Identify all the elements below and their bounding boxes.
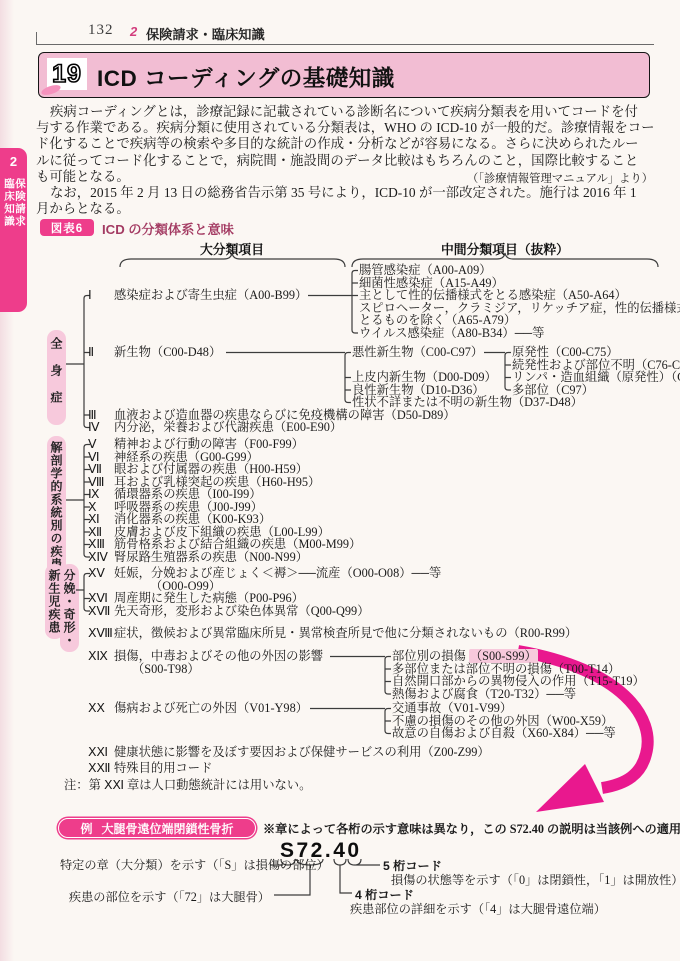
highlighted-code-range: （S00-S99） <box>469 649 538 663</box>
example-badge-text: 大腿骨遠位端閉鎖性骨折 <box>102 820 234 837</box>
major-item: ⅩⅩ傷病および死亡の外因（V01-Y98） <box>88 702 308 715</box>
roman-numeral: ⅩⅪ <box>88 746 114 759</box>
child-item: 熱傷および腐食（T20-T32）──等 <box>392 688 576 701</box>
major-label: 内分泌，栄養および代謝疾患（E00-E90） <box>114 420 342 434</box>
major-label: 腎尿路生殖器系の疾患（N00-N99） <box>114 550 308 564</box>
child-item: 悪性新生物（C00-C97） <box>352 346 483 359</box>
book-page: 132 2 保険請求・臨床知識 19 ICD コーディングの基礎知識 2 保険請… <box>0 0 680 961</box>
roman-numeral: ⅩⅫ <box>88 762 114 775</box>
major-label: 特殊目的用コード <box>114 761 212 775</box>
major-item: Ⅱ新生物（C00-D48） <box>88 346 221 359</box>
major-label: 症状，徴候および異常臨床所見・異常検査所見で他に分類されないもの（R00-R99… <box>114 626 577 640</box>
roman-numeral: Ⅳ <box>88 421 114 434</box>
major-item: ⅩⅤ妊娠，分娩および産じょく＜褥＞──流産（O00-O08）──等 <box>88 567 441 580</box>
roman-numeral: ⅩⅧ <box>88 627 114 640</box>
major-label: 感染症および寄生虫症（A00-B99） <box>114 288 307 302</box>
roman-numeral: ⅩⅨ <box>88 650 114 663</box>
example-badge-label: 例 <box>80 820 92 837</box>
text-layer: 疾病コーディングとは，診療記録に記載されている診断名について疾病分類表を用いてコ… <box>0 0 680 961</box>
intro-line: も可能となる。 <box>36 169 130 185</box>
intro-line: なお，2015 年 2 月 13 日の総務省告示第 35 号により，ICD-10… <box>50 185 637 201</box>
intro-line: ルに従ってコード化することで，病院間・施設間のデータ比較はもちろんのこと，国際比… <box>36 153 638 169</box>
roman-numeral: ⅩⅩ <box>88 702 114 715</box>
major-item: ⅩⅫ特殊目的用コード <box>88 762 212 775</box>
child-label: 部位別の損傷 <box>392 649 469 663</box>
roman-numeral: Ⅰ <box>88 289 114 302</box>
example-badge: 例 大腿骨遠位端閉鎖性骨折 <box>58 818 256 838</box>
roman-numeral: ⅩⅤ <box>88 567 114 580</box>
callout-chapter: 特定の章（大分類）を示す（「S」は損傷の部位） <box>60 856 270 873</box>
major-label: 健康状態に影響を及ぼす要因および保健サービスの利用（Z00-Z99） <box>114 745 490 759</box>
major-item: ⅩⅨ損傷，中毒およびその他の外因の影響 <box>88 650 323 663</box>
child-item: ウイルス感染症（A80-B34）──等 <box>359 327 544 340</box>
roman-numeral: Ⅱ <box>88 346 114 359</box>
child-item: 性状不詳または不明の新生物（D37-D48） <box>352 396 583 409</box>
roman-numeral: ⅩⅣ <box>88 551 114 564</box>
example-note: ※章によって各桁の示す意味は異なり，この S72.40 の説明は当該例への適用に… <box>263 820 680 837</box>
major-item: Ⅳ内分泌，栄養および代謝疾患（E00-E90） <box>88 421 342 434</box>
intro-line: 与する作業である。疾病分類に使用されている分類表は，WHO の ICD-10 が… <box>36 120 655 136</box>
callout-4digit-desc: 疾患部位の詳細を示す（「4」は大腿骨遠位端） <box>350 900 606 917</box>
major-label: 傷病および死亡の外因（V01-Y98） <box>114 701 308 715</box>
intro-line: 月からとなる。 <box>36 201 130 217</box>
major-item: ⅩⅪ健康状態に影響を及ぼす要因および保健サービスの利用（Z00-Z99） <box>88 746 490 759</box>
major-item-line2: （S00-T98） <box>132 663 200 676</box>
major-item: Ⅰ感染症および寄生虫症（A00-B99） <box>88 289 307 302</box>
callout-5digit-desc: 損傷の状態等を示す（「0」は閉鎖性，「1」は開放性） <box>391 871 680 888</box>
major-item: ⅩⅦ先天奇形，変形および染色体異常（Q00-Q99） <box>88 605 370 618</box>
major-item: ⅩⅧ症状，徴候および異常臨床所見・異常検査所見で他に分類されないもの（R00-R… <box>88 627 577 640</box>
major-item-line2: （O00-O99） <box>150 580 221 593</box>
child-item: 故意の自傷および自殺（X60-X84）──等 <box>392 727 616 740</box>
major-label: 先天奇形，変形および染色体異常（Q00-Q99） <box>114 604 370 618</box>
intro-line: ド化することで疾病等の検索や多目的な統計の作成・分析などが容易になる。さらに決め… <box>36 136 639 152</box>
roman-numeral: ⅩⅦ <box>88 605 114 618</box>
major-label: 妊娠，分娩および産じょく＜褥＞──流産（O00-O08）──等 <box>114 566 441 580</box>
child-item: 多部位（C97） <box>512 384 594 397</box>
figure-note: 注：第 ⅩⅪ 章は人口動態統計には用いない。 <box>64 779 311 792</box>
intro-line: 疾病コーディングとは，診療記録に記載されている診断名について疾病分類表を用いてコ… <box>50 104 638 120</box>
callout-site: 疾患の部位を示す（「72」は大腿骨） <box>60 888 270 905</box>
major-label: 損傷，中毒およびその他の外因の影響 <box>114 649 323 663</box>
major-item: ⅩⅣ腎尿路生殖器系の疾患（N00-N99） <box>88 551 308 564</box>
major-label: 新生物（C00-D48） <box>114 345 221 359</box>
